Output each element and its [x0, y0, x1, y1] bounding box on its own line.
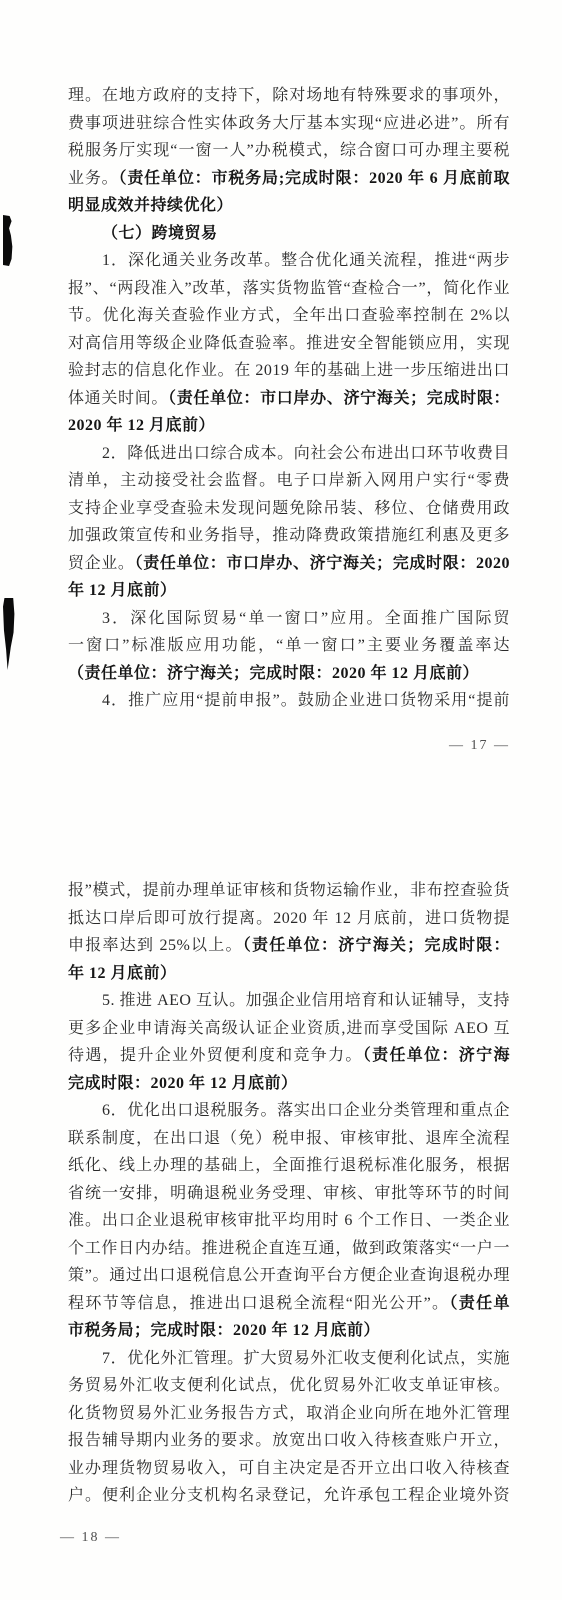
body-text-segment: 支持企业享受查验未发现问题免除吊装、移位、仓储费用政策。	[68, 500, 510, 523]
body-text-segment: 报”、“两段准入”改革，落实货物监管“查检合一”，简化作业环	[68, 280, 510, 303]
page-number-17: — 17 —	[68, 738, 510, 754]
page-number-18: — 18 —	[60, 1530, 121, 1546]
text-line: （七）跨境贸易	[68, 220, 510, 248]
text-line: 理。在地方政府的支持下，除对场地有特殊要求的事项外，税	[68, 82, 510, 110]
body-text-segment: 5. 推进 AEO 互认。加强企业信用培育和认证辅导，支持	[102, 992, 510, 1009]
body-text-segment: 户。便利企业分支机构名录登记，允许承包工程企业境外资金	[68, 1487, 510, 1510]
text-line: 2．降低进出口综合成本。向社会公布进出口环节收费目录	[68, 440, 510, 468]
text-line: 市税务局；完成时限：2020 年 12 月底前）	[68, 1317, 510, 1345]
body-text-segment: 3．深化国际贸易“单一窗口”应用。全面推广国际贸易“单	[68, 610, 510, 633]
responsibility-clause-segment: 年 12 月底前）	[68, 582, 177, 599]
body-text-segment: 一窗口”标准版应用功能，“单一窗口”主要业务覆盖率达 100%。	[68, 637, 510, 660]
text-line: 费事项进驻综合性实体政务大厅基本实现“应进必进”。所有办	[68, 110, 510, 138]
ink-smudge-icon	[3, 215, 14, 266]
responsibility-clause-segment: 完成时限：2020 年 12 月底前）	[68, 1075, 298, 1092]
text-line: 税服务厅实现“一窗一人”办税模式，综合窗口可办理主要税费	[68, 137, 510, 165]
responsibility-clause-segment: 2020 年 12 月底前）	[68, 417, 215, 434]
body-text-segment: 省统一安排，明确退税业务受理、审核、审批等环节的时间标	[68, 1185, 510, 1208]
body-text-segment: 6．优化出口退税服务。落实出口企业分类管理和重点企业	[68, 1102, 510, 1125]
body-text-segment: 2．降低进出口综合成本。向社会公布进出口环节收费目录	[68, 445, 510, 468]
text-line: 纸化、线上办理的基础上，全面推行退税标准化服务，根据全	[68, 1152, 510, 1180]
body-text-segment: 对高信用等级企业降低查验率。推进安全智能锁应用，实现施	[68, 335, 510, 358]
text-line: 6．优化出口退税服务。落实出口企业分类管理和重点企业	[68, 1097, 510, 1125]
text-line: 加强政策宣传和业务指导，推动降费政策措施红利惠及更多外	[68, 522, 510, 550]
body-text-segment: 抵达口岸后即可放行提离。2020 年 12 月底前，进口货物提前	[68, 910, 510, 933]
text-line: 更多企业申请海关高级认证企业资质,进而享受国际 AEO 互认	[68, 1015, 510, 1043]
text-line: 业务。（责任单位：市税务局;完成时限：2020 年 6 月底前取得	[68, 165, 510, 193]
body-text-segment: 准。出口企业退税审核审批平均用时 6 个工作日、一类企业 2	[68, 1212, 510, 1235]
body-text-segment: 报”模式，提前办理单证审核和货物运输作业，非布控查验货物	[68, 882, 510, 905]
text-line: 对高信用等级企业降低查验率。推进安全智能锁应用，实现施	[68, 330, 510, 358]
text-line: 报告辅导期内业务的要求。放宽出口收入待核查账户开立，企	[68, 1427, 510, 1455]
body-text-segment: 务贸易外汇收支便利化试点，优化贸易外汇收支单证审核。优	[68, 1377, 510, 1400]
text-line: 省统一安排，明确退税业务受理、审核、审批等环节的时间标	[68, 1180, 510, 1208]
text-line: 个工作日内办结。推进税企直连互通，做到政策落实“一户一	[68, 1235, 510, 1263]
body-text-segment: 体通关时间。	[68, 390, 168, 407]
body-text-segment: 业务。	[68, 170, 119, 187]
text-line: 申报率达到 25%以上。（责任单位：济宁海关；完成时限：2020	[68, 932, 510, 960]
text-line: 明显成效并持续优化）	[68, 192, 510, 220]
text-line: 报”模式，提前办理单证审核和货物运输作业，非布控查验货物	[68, 877, 510, 905]
ink-smudge-icon	[3, 598, 15, 670]
text-line: 户。便利企业分支机构名录登记，允许承包工程企业境外资金	[68, 1482, 510, 1510]
text-line: 清单，主动接受社会监督。电子口岸新入网用户实行“零费用”。	[68, 467, 510, 495]
responsibility-clause-segment: 年 12 月底前）	[68, 965, 177, 982]
text-line: 务贸易外汇收支便利化试点，优化贸易外汇收支单证审核。优	[68, 1372, 510, 1400]
text-line: 支持企业享受查验未发现问题免除吊装、移位、仓储费用政策。	[68, 495, 510, 523]
body-text-segment: 申报率达到 25%以上。	[68, 937, 243, 954]
text-line: 完成时限：2020 年 12 月底前）	[68, 1070, 510, 1098]
body-text-segment: 贸企业。	[68, 555, 135, 572]
page-17-text-block: 理。在地方政府的支持下，除对场地有特殊要求的事项外，税费事项进驻综合性实体政务大…	[68, 82, 510, 715]
responsibility-clause-segment: （七）跨境贸易	[102, 225, 218, 242]
page-18-text-block: 报”模式，提前办理单证审核和货物运输作业，非布控查验货物抵达口岸后即可放行提离。…	[68, 877, 510, 1510]
text-line: 节。优化海关查验作业方式，全年出口查验率控制在 2%以内，	[68, 302, 510, 330]
body-text-segment: 报告辅导期内业务的要求。放宽出口收入待核查账户开立，企	[68, 1432, 510, 1455]
responsibility-clause-segment: （责任单位：市口岸办、济宁海关；完成时限：2020	[135, 555, 510, 572]
body-text-segment: 业办理货物贸易收入，可自主决定是否开立出口收入待核查账	[68, 1460, 510, 1483]
text-line: 一窗口”标准版应用功能，“单一窗口”主要业务覆盖率达 100%。	[68, 632, 510, 660]
text-line: （责任单位：济宁海关；完成时限：2020 年 12 月底前）	[68, 660, 510, 688]
text-line: 体通关时间。（责任单位：市口岸办、济宁海关；完成时限：	[68, 385, 510, 413]
body-text-segment: 个工作日内办结。推进税企直连互通，做到政策落实“一户一	[68, 1240, 510, 1257]
responsibility-clause-segment: 市税务局；完成时限：2020 年 12 月底前）	[68, 1322, 380, 1339]
responsibility-clause-segment: （责任单位：济宁海关；完成时限：2020 年 12 月底前）	[68, 665, 479, 682]
text-line: 贸企业。（责任单位：市口岸办、济宁海关；完成时限：2020	[68, 550, 510, 578]
body-text-segment: 清单，主动接受社会监督。电子口岸新入网用户实行“零费用”。	[68, 472, 510, 495]
text-line: 化货物贸易外汇业务报告方式，取消企业向所在地外汇管理局	[68, 1400, 510, 1428]
text-line: 待遇，提升企业外贸便利度和竞争力。（责任单位：济宁海关；	[68, 1042, 510, 1070]
text-line: 验封志的信息化作业。在 2019 年的基础上进一步压缩进出口整	[68, 357, 510, 385]
body-text-segment: 策”。通过出口退税信息公开查询平台方便企业查询退税办理流	[68, 1267, 510, 1290]
text-line: 7．优化外汇管理。扩大贸易外汇收支便利化试点，实施服	[68, 1345, 510, 1373]
text-line: 3．深化国际贸易“单一窗口”应用。全面推广国际贸易“单	[68, 605, 510, 633]
responsibility-clause-segment: 明显成效并持续优化）	[68, 197, 233, 214]
responsibility-clause-segment: （责任单位：市税务局;完成时限：2020 年 6 月底前取得	[68, 170, 510, 193]
body-text-segment: 理。在地方政府的支持下，除对场地有特殊要求的事项外，税	[68, 87, 510, 110]
body-text-segment: 加强政策宣传和业务指导，推动降费政策措施红利惠及更多外	[68, 527, 510, 550]
text-line: 报”、“两段准入”改革，落实货物监管“查检合一”，简化作业环	[68, 275, 510, 303]
text-line: 抵达口岸后即可放行提离。2020 年 12 月底前，进口货物提前	[68, 905, 510, 933]
text-line: 业办理货物贸易收入，可自主决定是否开立出口收入待核查账	[68, 1455, 510, 1483]
body-text-segment: 验封志的信息化作业。在 2019 年的基础上进一步压缩进出口整	[68, 362, 510, 385]
text-line: 程环节等信息，推进出口退税全流程“阳光公开”。（责任单位：	[68, 1290, 510, 1318]
text-line: 4．推广应用“提前申报”。鼓励企业进口货物采用“提前申	[68, 687, 510, 715]
text-line: 2020 年 12 月底前）	[68, 412, 510, 440]
text-line: 5. 推进 AEO 互认。加强企业信用培育和认证辅导，支持	[68, 987, 510, 1015]
body-text-segment: 1．深化通关业务改革。整合优化通关流程，推进“两步申	[68, 252, 510, 275]
responsibility-clause-segment: （责任单位：市口岸办、济宁海关；完成时限：	[168, 390, 510, 407]
body-text-segment: 更多企业申请海关高级认证企业资质,进而享受国际 AEO 互认	[68, 1020, 510, 1043]
text-line: 年 12 月底前）	[68, 960, 510, 988]
body-text-segment: 7．优化外汇管理。扩大贸易外汇收支便利化试点，实施服	[68, 1350, 510, 1373]
body-text-segment: 纸化、线上办理的基础上，全面推行退税标准化服务，根据全	[68, 1157, 510, 1180]
body-text-segment: 联系制度，在出口退（免）税申报、审核审批、退库全流程无	[68, 1130, 510, 1153]
body-text-segment: 化货物贸易外汇业务报告方式，取消企业向所在地外汇管理局	[68, 1405, 510, 1428]
body-text-segment: 待遇，提升企业外贸便利度和竞争力。	[68, 1047, 363, 1064]
text-line: 准。出口企业退税审核审批平均用时 6 个工作日、一类企业 2	[68, 1207, 510, 1235]
text-line: 策”。通过出口退税信息公开查询平台方便企业查询退税办理流	[68, 1262, 510, 1290]
body-text-segment: 节。优化海关查验作业方式，全年出口查验率控制在 2%以内，	[68, 307, 510, 330]
text-line: 年 12 月底前）	[68, 577, 510, 605]
text-line: 1．深化通关业务改革。整合优化通关流程，推进“两步申	[68, 247, 510, 275]
text-line: 联系制度，在出口退（免）税申报、审核审批、退库全流程无	[68, 1125, 510, 1153]
body-text-segment: 税服务厅实现“一窗一人”办税模式，综合窗口可办理主要税费	[68, 142, 510, 165]
body-text-segment: 程环节等信息，推进出口退税全流程“阳光公开”。	[68, 1295, 449, 1312]
scanned-document: 理。在地方政府的支持下，除对场地有特殊要求的事项外，税费事项进驻综合性实体政务大…	[0, 0, 562, 1600]
body-text-segment: 费事项进驻综合性实体政务大厅基本实现“应进必进”。所有办	[68, 115, 510, 138]
body-text-segment: 4．推广应用“提前申报”。鼓励企业进口货物采用“提前申	[68, 692, 510, 715]
